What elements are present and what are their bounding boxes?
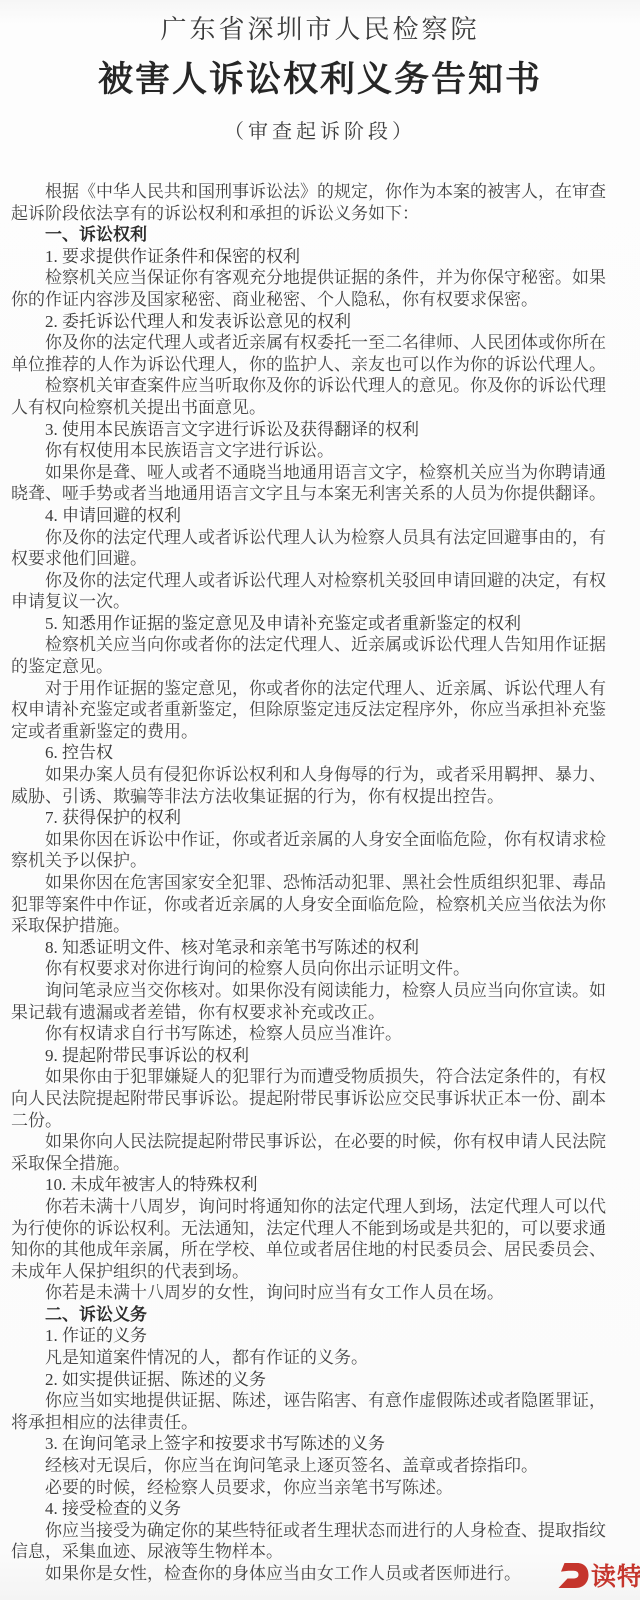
- body-paragraph: 如果你是聋、哑人或者不通晓当地通用语言文字，检察机关应当为你聘请通晓聋、哑手势或…: [11, 462, 606, 505]
- body-paragraph: 检察机关审查案件应当听取你及你的诉讼代理人的意见。你及你的诉讼代理人有权向检察机…: [11, 375, 606, 418]
- body-paragraph: 如果你由于犯罪嫌疑人的犯罪行为而遭受物质损失，符合法定条件的，有权向人民法院提起…: [11, 1066, 606, 1131]
- body-paragraph: 凡是知道案件情况的人，都有作证的义务。: [11, 1347, 606, 1369]
- dute-logo-text: 读特: [591, 1557, 640, 1593]
- body-paragraph: 询问笔录应当交你核对。如果你没有阅读能力，检察人员应当向你宣读。如果记载有遗漏或…: [11, 980, 606, 1023]
- body-paragraph: 检察机关应当向你或者你的法定代理人、近亲属或诉讼代理人告知用作证据的鉴定意见。: [11, 634, 606, 677]
- item-heading: 3. 使用本民族语言文字进行诉讼及获得翻译的权利: [11, 419, 606, 441]
- section: 一、诉讼权利1. 要求提供作证条件和保密的权利检察机关应当保证你有客观充分地提供…: [11, 224, 606, 1304]
- body-paragraph: 你有权请求自行书写陈述，检察人员应当准许。: [11, 1023, 606, 1045]
- dute-logo: 读特: [558, 1557, 640, 1593]
- document-page: 广东省深圳市人民检察院 被害人诉讼权利义务告知书 （审查起诉阶段） 根据《中华人…: [0, 0, 640, 1600]
- document-header: 广东省深圳市人民检察院 被害人诉讼权利义务告知书 （审查起诉阶段）: [0, 0, 640, 144]
- body-paragraph: 你有权要求对你进行询问的检察人员向你出示证明文件。: [11, 958, 606, 980]
- body-paragraph: 必要的时候，经检察人员要求，你应当亲笔书写陈述。: [11, 1477, 606, 1499]
- dute-d-icon: [558, 1562, 589, 1589]
- sections-container: 一、诉讼权利1. 要求提供作证条件和保密的权利检察机关应当保证你有客观充分地提供…: [11, 224, 606, 1584]
- section-heading: 二、诉讼义务: [11, 1304, 606, 1326]
- item-heading: 10. 未成年被害人的特殊权利: [11, 1174, 606, 1196]
- item-heading: 3. 在询问笔录上签字和按要求书写陈述的义务: [11, 1433, 606, 1455]
- body-paragraph: 如果你是女性，检查你的身体应当由女工作人员或者医师进行。: [11, 1563, 606, 1585]
- org-name: 广东省深圳市人民检察院: [0, 9, 640, 46]
- document-title: 被害人诉讼权利义务告知书: [0, 52, 640, 102]
- body-paragraph: 你若是未满十八周岁的女性，询问时应当有女工作人员在场。: [11, 1282, 606, 1304]
- body-paragraph: 如果你因在危害国家安全犯罪、恐怖活动犯罪、黑社会性质组织犯罪、毒品犯罪等案件中作…: [11, 872, 606, 937]
- body-paragraph: 经核对无误后，你应当在询问笔录上逐页签名、盖章或者捺指印。: [11, 1455, 606, 1477]
- body-paragraph: 你若未满十八周岁，询问时将通知你的法定代理人到场，法定代理人可以代为行使你的诉讼…: [11, 1196, 606, 1282]
- body-paragraph: 对于用作证据的鉴定意见，你或者你的法定代理人、近亲属、诉讼代理人有权申请补充鉴定…: [11, 678, 606, 743]
- item-heading: 4. 申请回避的权利: [11, 505, 606, 527]
- document-body: 根据《中华人民共和国刑事诉讼法》的规定，你作为本案的被害人，在审查起诉阶段依法享…: [0, 181, 640, 1585]
- item-heading: 2. 委托诉讼代理人和发表诉讼意见的权利: [11, 311, 606, 333]
- section: 二、诉讼义务1. 作证的义务凡是知道案件情况的人，都有作证的义务。2. 如实提供…: [11, 1304, 606, 1585]
- item-heading: 9. 提起附带民事诉讼的权利: [11, 1045, 606, 1067]
- body-paragraph: 你及你的法定代理人或者近亲属有权委托一至二名律师、人民团体或你所在单位推荐的人作…: [11, 332, 606, 375]
- body-paragraph: 你及你的法定代理人或者诉讼代理人对检察机关驳回申请回避的决定，有权申请复议一次。: [11, 570, 606, 613]
- body-paragraph: 如果办案人员有侵犯你诉讼权利和人身侮辱的行为，或者采用羁押、暴力、威胁、引诱、欺…: [11, 764, 606, 807]
- body-paragraph: 如果你向人民法院提起附带民事诉讼，在必要的时候，你有权申请人民法院采取保全措施。: [11, 1131, 606, 1174]
- item-heading: 8. 知悉证明文件、核对笔录和亲笔书写陈述的权利: [11, 937, 606, 959]
- section-heading: 一、诉讼权利: [11, 224, 606, 246]
- item-heading: 6. 控告权: [11, 742, 606, 764]
- item-heading: 7. 获得保护的权利: [11, 807, 606, 829]
- item-heading: 5. 知悉用作证据的鉴定意见及申请补充鉴定或者重新鉴定的权利: [11, 613, 606, 635]
- item-heading: 4. 接受检查的义务: [11, 1498, 606, 1520]
- document-subtitle: （审查起诉阶段）: [0, 115, 640, 144]
- body-paragraph: 你应当如实地提供证据、陈述，诬告陷害、有意作虚假陈述或者隐匿罪证，将承担相应的法…: [11, 1390, 606, 1433]
- body-paragraph: 你有权使用本民族语言文字进行诉讼。: [11, 440, 606, 462]
- item-heading: 1. 要求提供作证条件和保密的权利: [11, 246, 606, 268]
- item-heading: 2. 如实提供证据、陈述的义务: [11, 1369, 606, 1391]
- item-heading: 1. 作证的义务: [11, 1325, 606, 1347]
- intro-paragraph: 根据《中华人民共和国刑事诉讼法》的规定，你作为本案的被害人，在审查起诉阶段依法享…: [11, 181, 606, 224]
- body-paragraph: 你应当接受为确定你的某些特征或者生理状态而进行的人身检查、提取指纹信息，采集血迹…: [11, 1520, 606, 1563]
- body-paragraph: 如果你因在诉讼中作证，你或者近亲属的人身安全面临危险，你有权请求检察机关予以保护…: [11, 829, 606, 872]
- body-paragraph: 检察机关应当保证你有客观充分地提供证据的条件，并为你保守秘密。如果你的作证内容涉…: [11, 267, 606, 310]
- body-paragraph: 你及你的法定代理人或者诉讼代理人认为检察人员具有法定回避事由的，有权要求他们回避…: [11, 527, 606, 570]
